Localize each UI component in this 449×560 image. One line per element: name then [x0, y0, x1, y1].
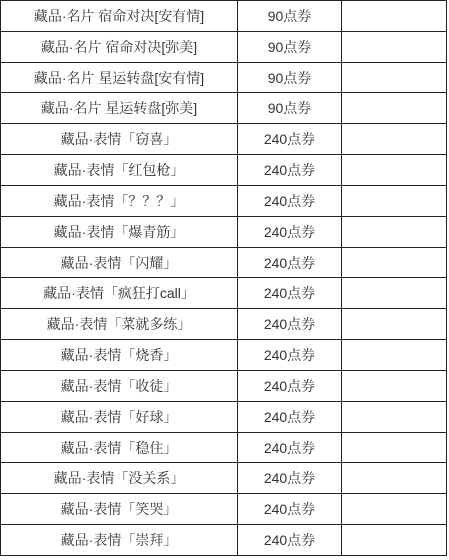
price-cell: 240点券 — [238, 432, 342, 463]
item-name-cell: 藏品·表情「稳住」 — [1, 432, 238, 463]
empty-cell — [342, 1, 447, 32]
empty-cell — [342, 432, 447, 463]
table-row: 藏品·名片 星运转盘[安有情] 90点券 — [1, 62, 447, 93]
table-row: 藏品·表情「好球」 240点券 — [1, 401, 447, 432]
table-row: 藏品·表情「窃喜」 240点券 — [1, 124, 447, 155]
table-row: 藏品·表情「笑哭」 240点券 — [1, 494, 447, 525]
table-row: 藏品·表情「菜就多练」 240点券 — [1, 309, 447, 340]
table-row: 藏品·表情「？？？」 240点券 — [1, 185, 447, 216]
item-name-cell: 藏品·名片 星运转盘[弥美] — [1, 93, 238, 124]
item-name-cell: 藏品·表情「窃喜」 — [1, 124, 238, 155]
item-name-cell: 藏品·表情「菜就多练」 — [1, 309, 238, 340]
price-cell: 240点券 — [238, 247, 342, 278]
table-row: 藏品·表情「红包枪」 240点券 — [1, 155, 447, 186]
item-name-cell: 藏品·表情「爆青筋」 — [1, 216, 238, 247]
price-cell: 240点券 — [238, 370, 342, 401]
table-row: 藏品·表情「烧香」 240点券 — [1, 340, 447, 371]
price-cell: 240点券 — [238, 525, 342, 556]
price-cell: 240点券 — [238, 401, 342, 432]
empty-cell — [342, 525, 447, 556]
empty-cell — [342, 463, 447, 494]
price-cell: 90点券 — [238, 31, 342, 62]
table-row: 藏品·表情「收徒」 240点券 — [1, 370, 447, 401]
empty-cell — [342, 93, 447, 124]
item-name-cell: 藏品·名片 宿命对决[弥美] — [1, 31, 238, 62]
price-cell: 240点券 — [238, 155, 342, 186]
price-cell: 240点券 — [238, 494, 342, 525]
price-cell: 240点券 — [238, 124, 342, 155]
empty-cell — [342, 185, 447, 216]
item-name-cell: 藏品·表情「崇拜」 — [1, 525, 238, 556]
empty-cell — [342, 247, 447, 278]
item-name-cell: 藏品·表情「烧香」 — [1, 340, 238, 371]
empty-cell — [342, 401, 447, 432]
item-name-cell: 藏品·表情「没关系」 — [1, 463, 238, 494]
table-row: 藏品·表情「爆青筋」 240点券 — [1, 216, 447, 247]
empty-cell — [342, 31, 447, 62]
price-cell: 90点券 — [238, 93, 342, 124]
item-name-cell: 藏品·名片 星运转盘[安有情] — [1, 62, 238, 93]
item-name-cell: 藏品·表情「？？？」 — [1, 185, 238, 216]
item-name-cell: 藏品·表情「好球」 — [1, 401, 238, 432]
empty-cell — [342, 494, 447, 525]
item-name-cell: 藏品·表情「红包枪」 — [1, 155, 238, 186]
price-table: 藏品·名片 宿命对决[安有情] 90点券 藏品·名片 宿命对决[弥美] 90点券… — [0, 0, 447, 556]
empty-cell — [342, 62, 447, 93]
empty-cell — [342, 216, 447, 247]
item-name-cell: 藏品·表情「收徒」 — [1, 370, 238, 401]
price-cell: 240点券 — [238, 463, 342, 494]
item-name-cell: 藏品·名片 宿命对决[安有情] — [1, 1, 238, 32]
price-table-body: 藏品·名片 宿命对决[安有情] 90点券 藏品·名片 宿命对决[弥美] 90点券… — [1, 1, 447, 556]
table-row: 藏品·表情「稳住」 240点券 — [1, 432, 447, 463]
price-cell: 240点券 — [238, 185, 342, 216]
price-cell: 90点券 — [238, 1, 342, 32]
empty-cell — [342, 124, 447, 155]
price-cell: 240点券 — [238, 309, 342, 340]
price-cell: 240点券 — [238, 216, 342, 247]
price-cell: 90点券 — [238, 62, 342, 93]
table-row: 藏品·表情「没关系」 240点券 — [1, 463, 447, 494]
empty-cell — [342, 370, 447, 401]
price-cell: 240点券 — [238, 278, 342, 309]
price-cell: 240点券 — [238, 340, 342, 371]
item-name-cell: 藏品·表情「笑哭」 — [1, 494, 238, 525]
item-name-cell: 藏品·表情「闪耀」 — [1, 247, 238, 278]
table-row: 藏品·表情「疯狂打call」 240点券 — [1, 278, 447, 309]
empty-cell — [342, 309, 447, 340]
empty-cell — [342, 278, 447, 309]
table-row: 藏品·表情「崇拜」 240点券 — [1, 525, 447, 556]
empty-cell — [342, 155, 447, 186]
table-row: 藏品·表情「闪耀」 240点券 — [1, 247, 447, 278]
price-table-container: 藏品·名片 宿命对决[安有情] 90点券 藏品·名片 宿命对决[弥美] 90点券… — [0, 0, 449, 560]
table-row: 藏品·名片 宿命对决[弥美] 90点券 — [1, 31, 447, 62]
table-row: 藏品·名片 星运转盘[弥美] 90点券 — [1, 93, 447, 124]
table-row: 藏品·名片 宿命对决[安有情] 90点券 — [1, 1, 447, 32]
empty-cell — [342, 340, 447, 371]
item-name-cell: 藏品·表情「疯狂打call」 — [1, 278, 238, 309]
